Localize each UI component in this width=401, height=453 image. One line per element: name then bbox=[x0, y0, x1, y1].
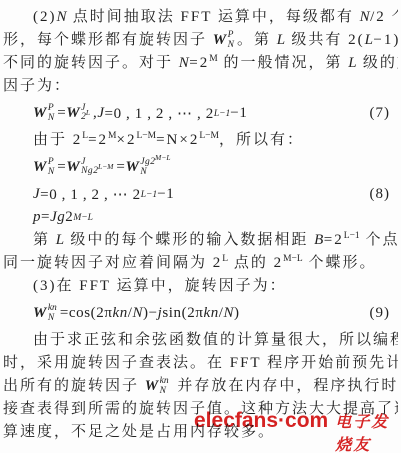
text-span: 形，每个蝶形都有旋转因子 bbox=[3, 32, 213, 48]
math-variable: W bbox=[33, 159, 47, 176]
stack-subscript: 2L bbox=[81, 113, 90, 123]
document-page: (2)N 点时间抽取法 FFT 运算中，每级都有 N/2 个蝶形，每个蝶形都有旋… bbox=[0, 0, 401, 453]
paragraph-line: (2)N 点时间抽取法 FFT 运算中，每级都有 N/2 个蝶 bbox=[3, 6, 398, 29]
document-body: (2)N 点时间抽取法 FFT 运算中，每级都有 N/2 个蝶形，每个蝶形都有旋… bbox=[0, 0, 401, 444]
paragraph-line: 不同的旋转因子。对于 N=2M 的一般情况，第 L 级的旋转 bbox=[3, 52, 398, 75]
paragraph-line: 出所有的旋转因子 WknN 并存放在内存中，程序执行时直 bbox=[3, 375, 398, 398]
sup-sub-stack: knN bbox=[48, 304, 57, 323]
equation-number: (9) bbox=[370, 305, 391, 322]
superscript: L bbox=[86, 108, 90, 117]
line-content: (3)在 FFT 运算中，旋转因子为： bbox=[33, 278, 287, 294]
line-content: 不同的旋转因子。对于 N=2M 的一般情况，第 L 级的旋转 bbox=[3, 55, 398, 71]
text-span: 同一旋转因子对应着间隔为 2 bbox=[3, 255, 222, 271]
paragraph-line: 第 L 级中的每个蝶形的输入数据相距 B=2L−1 个点， bbox=[3, 229, 398, 252]
math-variable: W bbox=[66, 105, 80, 122]
math-variable: N bbox=[223, 305, 234, 322]
text-span: =2 bbox=[189, 55, 209, 71]
text-span: 。第 bbox=[237, 32, 277, 48]
math-variable: p bbox=[33, 209, 41, 226]
paragraph-line: 形，每个蝶形都有旋转因子 WPN。第 L 级共有 2(L−1)个 bbox=[3, 29, 398, 52]
text-span: −1 bbox=[157, 186, 174, 203]
text-span: 不同的旋转因子。对于 bbox=[3, 55, 179, 71]
superscript: M bbox=[108, 131, 116, 141]
math-variable: Jg bbox=[140, 157, 150, 167]
stack-subscript: N bbox=[48, 168, 54, 178]
text-span: = bbox=[116, 159, 125, 176]
math-variable: Ng bbox=[81, 167, 93, 177]
stack-subscript: Ng2L−M bbox=[81, 167, 113, 177]
superscript: L−M bbox=[136, 131, 156, 141]
text-span: 的一般情况，第 bbox=[218, 55, 349, 71]
formula: J=0 , 1 , 2 , ⋯ 2L−1−1 bbox=[33, 185, 174, 204]
text-span: ×2 bbox=[117, 132, 137, 148]
equation-line: WPN=WJ2L , J=0 , 1 , 2 , ⋯ , 2L−1−1(7) bbox=[3, 98, 398, 129]
equation-line: WknN=cos(2πkn/N)−jsin(2πkn/N)(9) bbox=[3, 298, 398, 329]
paragraph-line: 由于 2L=2M×2L−M=N×2L−M，所以有： bbox=[3, 129, 398, 152]
math-variable: W bbox=[145, 378, 159, 394]
line-content: (2)N 点时间抽取法 FFT 运算中，每级都有 N/2 个蝶 bbox=[33, 9, 398, 25]
text-span: sin(2π bbox=[162, 305, 203, 322]
elecfans-logo: elecfans·com bbox=[194, 409, 328, 433]
text-span: 级的旋转 bbox=[357, 55, 398, 71]
math-variable: kn bbox=[204, 305, 219, 322]
math-variable: J bbox=[97, 105, 104, 122]
math-variable: W bbox=[33, 305, 47, 322]
sup-sub-stack: PN bbox=[228, 31, 234, 50]
text-span: 级中的每个蝶形的输入数据相距 bbox=[65, 232, 315, 248]
math-variable: Jg bbox=[50, 209, 65, 226]
text-span: 出所有的旋转因子 bbox=[3, 378, 145, 394]
text-span: 因子为： bbox=[3, 78, 71, 94]
text-span: 点时间抽取法 FFT 运算中，每级都有 bbox=[67, 9, 360, 25]
formula: WPN=WJNg2L−M=WJg2M−LN bbox=[33, 158, 174, 177]
equation-line: J=0 , 1 , 2 , ⋯ 2L−1−1(8) bbox=[3, 183, 398, 206]
text-span: =2 bbox=[324, 232, 344, 248]
equation-line: p=Jg2M−L bbox=[3, 206, 398, 229]
text-span: −1)个 bbox=[373, 32, 398, 48]
math-variable: N bbox=[179, 55, 190, 71]
line-content: 由于求正弦和余弦函数值的计算量很大，所以编程 bbox=[33, 332, 398, 348]
paragraph-line: 由于求正弦和余弦函数值的计算量很大，所以编程 bbox=[3, 329, 398, 352]
text-span: 个蝶形。 bbox=[303, 255, 377, 271]
stack-subscript: N bbox=[48, 314, 57, 324]
line-content: 时，采用旋转因子查表法。在 FFT 程序开始前预先计算 bbox=[3, 355, 398, 371]
text-span: = bbox=[57, 159, 66, 176]
sup-sub-stack: PN bbox=[48, 104, 54, 123]
formula: p=Jg2M−L bbox=[33, 209, 93, 226]
formula: WPN=WJ2L , J=0 , 1 , 2 , ⋯ , 2L−1−1 bbox=[33, 104, 247, 123]
text-span: 并存放在内存中，程序执行时直 bbox=[172, 378, 398, 394]
equation-number: (7) bbox=[370, 105, 391, 122]
math-variable: N bbox=[360, 9, 371, 25]
math-variable: kn bbox=[113, 305, 128, 322]
math-variable: B bbox=[314, 232, 324, 248]
text-span: =N×2 bbox=[156, 132, 199, 148]
text-span: ) bbox=[234, 305, 240, 322]
stack-subscript: N bbox=[140, 168, 170, 178]
math-variable: L bbox=[277, 32, 286, 48]
sup-sub-stack: JNg2L−M bbox=[81, 158, 113, 177]
text-span: 第 bbox=[33, 232, 56, 248]
text-span: 点的 2 bbox=[228, 255, 283, 271]
stack-subscript: N bbox=[48, 114, 54, 124]
math-variable: W bbox=[125, 159, 139, 176]
sup-sub-stack: J2L bbox=[81, 104, 90, 123]
line-content: 出所有的旋转因子 WknN 并存放在内存中，程序执行时直 bbox=[3, 378, 398, 394]
superscript: M bbox=[209, 54, 217, 64]
text-span: =0 , 1 , 2 , ⋯ 2 bbox=[40, 185, 141, 204]
sup-sub-stack: knN bbox=[160, 377, 169, 396]
superscript: L−M bbox=[199, 131, 219, 141]
formula: WknN=cos(2πkn/N)−jsin(2πkn/N) bbox=[33, 304, 240, 323]
text-span: =cos(2π bbox=[60, 305, 113, 322]
paragraph-line: 时，采用旋转因子查表法。在 FFT 程序开始前预先计算 bbox=[3, 352, 398, 375]
superscript: L−1 bbox=[344, 231, 360, 241]
line-content: 第 L 级中的每个蝶形的输入数据相距 B=2L−1 个点， bbox=[33, 232, 398, 248]
math-variable: W bbox=[66, 159, 80, 176]
line-content: 形，每个蝶形都有旋转因子 WPN。第 L 级共有 2(L−1)个 bbox=[3, 32, 398, 48]
text-span: 级共有 2( bbox=[286, 32, 365, 48]
text-span: = bbox=[57, 105, 66, 122]
stack-subscript: N bbox=[228, 41, 234, 51]
text-span: 时，采用旋转因子查表法。在 FFT 程序开始前预先计算 bbox=[3, 355, 398, 371]
superscript: M−L bbox=[283, 254, 303, 264]
text-span: =2 bbox=[88, 132, 108, 148]
sup-sub-stack: Jg2M−LN bbox=[140, 158, 170, 177]
line-content: 由于 2L=2M×2L−M=N×2L−M，所以有： bbox=[33, 132, 304, 148]
math-variable: N bbox=[133, 305, 144, 322]
text-span: /2 个蝶 bbox=[370, 9, 398, 25]
watermark-cn-text: 电子发烧友 bbox=[335, 409, 401, 453]
text-span: = bbox=[41, 209, 50, 226]
math-variable: J bbox=[33, 186, 40, 203]
text-span: 由于求正弦和余弦函数值的计算量很大，所以编程 bbox=[33, 332, 398, 348]
superscript: L−M bbox=[98, 162, 113, 171]
superscript: M−L bbox=[155, 153, 170, 162]
paragraph-line: 因子为： bbox=[3, 75, 398, 98]
equation-number: (8) bbox=[370, 186, 391, 203]
math-variable: L bbox=[56, 232, 65, 248]
line-content: 同一旋转因子对应着间隔为 2L 点的 2M−L 个蝶形。 bbox=[3, 255, 376, 271]
text-span: 个点， bbox=[360, 232, 398, 248]
math-variable: W bbox=[213, 32, 227, 48]
math-variable: L bbox=[348, 55, 357, 71]
sup-sub-stack: PN bbox=[48, 158, 54, 177]
paragraph-line: (3)在 FFT 运算中，旋转因子为： bbox=[3, 275, 398, 298]
text-span: (3)在 FFT 运算中，旋转因子为： bbox=[33, 278, 287, 294]
text-span: =0 , 1 , 2 , ⋯ , 2 bbox=[105, 104, 214, 123]
text-span: (2) bbox=[33, 9, 57, 25]
math-variable: W bbox=[33, 105, 47, 122]
paragraph-line: 同一旋转因子对应着间隔为 2L 点的 2M−L 个蝶形。 bbox=[3, 252, 398, 275]
equation-line: WPN=WJNg2L−M=WJg2M−LN bbox=[3, 152, 398, 183]
math-variable: N bbox=[57, 9, 68, 25]
watermark: elecfans·com 电子发烧友 bbox=[194, 409, 401, 453]
text-span: 由于 2 bbox=[33, 132, 82, 148]
line-content: 因子为： bbox=[3, 78, 71, 94]
stack-subscript: N bbox=[160, 387, 169, 397]
text-span: )− bbox=[143, 305, 158, 322]
text-span: ，所以有： bbox=[219, 132, 304, 148]
text-span: −1 bbox=[230, 105, 247, 122]
